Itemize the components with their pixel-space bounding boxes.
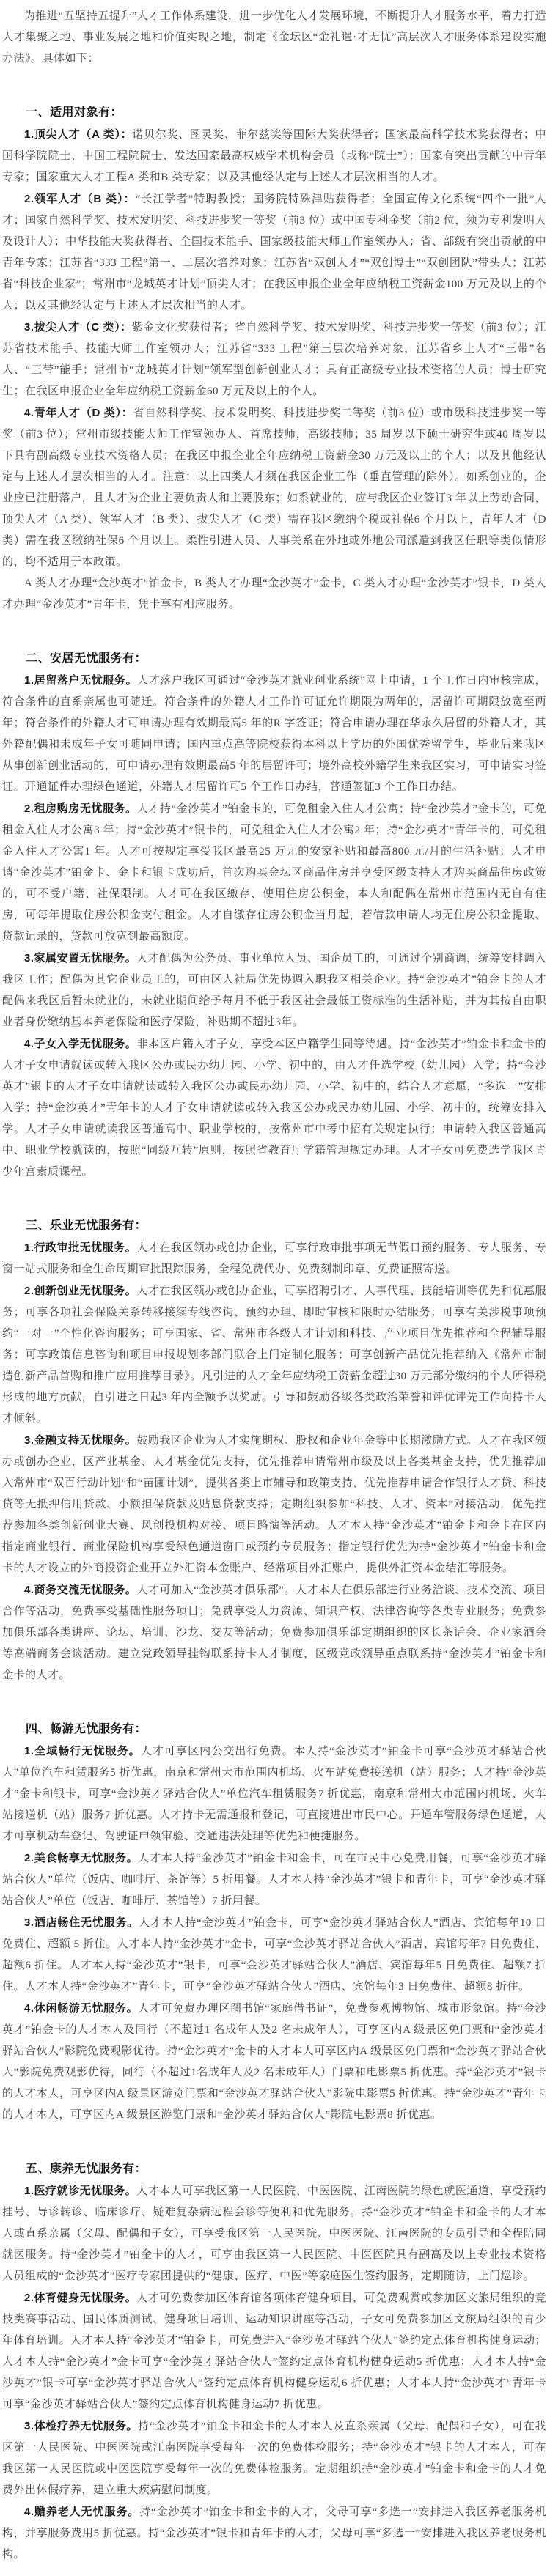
item-label: 2.领军人才（B 类）：: [24, 193, 136, 205]
section-5-heading: 五、康养无忧服务有：: [2, 2158, 546, 2180]
section-4-item-1: 1.全域畅行无忧服务。人才可享区内公交出行免费。本人持“金沙英才”铂金卡可享“金…: [2, 1741, 546, 1848]
item-label: 1.顶尖人才（A 类）：: [24, 128, 132, 141]
item-label: 2.体育健身无忧服务。: [24, 2292, 136, 2304]
section-3-item-4: 4.商务交流无忧服务。人才可加入“金沙英才俱乐部”。人才本人在俱乐部进行业务洽谈…: [2, 1579, 546, 1686]
section-3-heading: 三、乐业无忧服务有：: [2, 1215, 546, 1237]
policy-document: 为推进“五坚持五提升”人才工作体系建设，进一步优化人才发展环境，不断提升人才服务…: [0, 0, 550, 2576]
item-label: 3.拔尖人才（C 类）：: [24, 321, 132, 333]
item-text: 人才可免费办理区图书馆“家庭借书证”，免费参观博物馆、城市形象馆。持“金沙英才”…: [2, 2003, 546, 2121]
item-label: 1.行政审批无忧服务。: [24, 1241, 136, 1254]
item-label: 1.医疗就诊无忧服务。: [24, 2185, 136, 2197]
item-text: 人才可免费参加区体育馆各项体育健身项目，可免费观赏或参加区文旅局组织的竞技类赛事…: [2, 2292, 546, 2410]
section-1-item-3: 3.拔尖人才（C 类）：紫金文化奖获得者；省自然科学奖、技术发明奖、科技进步奖一…: [2, 317, 546, 402]
item-text: 非本区户籍人才子女，享受本区户籍学生同等待遇。持“金沙英才”铂金卡和金卡的人才子…: [2, 1038, 546, 1178]
item-label: 2.美食畅享无忧服务。: [24, 1852, 138, 1864]
section-1-item-4: 4.青年人才（D 类）：省自然科学奖、技术发明奖、科技进步奖二等奖（前3 位）或…: [2, 402, 546, 573]
section-4-item-4: 4.休闲畅游无忧服务。人才可免费办理区图书馆“家庭借书证”，免费参观博物馆、城市…: [2, 1998, 546, 2126]
section-3-item-2: 2.创新创业无忧服务。人才在我区领办或创办企业，可享招聘引才、人事代理、技能培训…: [2, 1280, 546, 1430]
section-4-heading: 四、畅游无忧服务有：: [2, 1719, 546, 1741]
item-text: 人才持“金沙英才”铂金卡的，可免租金入住人才公寓；持“金沙英才”金卡的，可免租金…: [2, 803, 546, 942]
section-5-item-2: 2.体育健身无忧服务。人才可免费参加区体育馆各项体育健身项目，可免费观赏或参加区…: [2, 2287, 546, 2416]
item-text: 人才本人可享我区第一人民医院、中医医院、江南医院的绿色就医通道，享受预约挂号、导…: [2, 2185, 546, 2282]
item-label: 4.休闲畅游无忧服务。: [24, 2002, 138, 2015]
section-4-item-2: 2.美食畅享无忧服务。人才本人持“金沙英才”铂金卡和金卡，可在市民中心免费用餐，…: [2, 1848, 546, 1912]
section-1-footer: A 类人才办理“金沙英才”铂金卡，B 类人才办理“金沙英才”金卡，C 类人才办理…: [2, 573, 546, 616]
section-2-item-1: 1.居留落户无忧服务。人才落户我区可通过“金沙英才就业创业系统”网上申请，1 个…: [2, 670, 546, 798]
section-1-item-2: 2.领军人才（B 类）：“长江学者”特聘教授；国务院特殊津贴获得者；全国宣传文化…: [2, 188, 546, 317]
section-2-item-2: 2.租房购房无忧服务。人才持“金沙英才”铂金卡的，可免租金入住人才公寓；持“金沙…: [2, 798, 546, 948]
item-label: 3.金融支持无忧服务。: [24, 1434, 136, 1447]
section-3-item-3: 3.金融支持无忧服务。鼓励我区企业为人才实施期权、股权和企业年金等中长期激励方式…: [2, 1430, 546, 1579]
section-4-item-3: 3.酒店畅住无忧服务。人才本人持“金沙英才”铂金卡，可享“金沙英才驿站合伙人”酒…: [2, 1912, 546, 1998]
item-label: 4.赡养老人无忧服务。: [24, 2506, 139, 2518]
item-label: 2.创新创业无忧服务。: [24, 1285, 136, 1297]
item-text: “长江学者”特聘教授；国务院特殊津贴获得者；全国宣传文化系统“四个一批”人才；国…: [2, 193, 546, 311]
item-label: 4.子女入学无忧服务。: [24, 1038, 136, 1050]
item-label: 4.商务交流无忧服务。: [24, 1584, 136, 1596]
section-1-heading: 一、适用对象有：: [2, 102, 546, 124]
item-text: 人才可加入“金沙英才俱乐部”。人才本人在俱乐部进行业务洽谈、技术交流、项目合作等…: [2, 1584, 546, 1681]
item-label: 3.酒店畅住无忧服务。: [24, 1916, 139, 1929]
intro-paragraph: 为推进“五坚持五提升”人才工作体系建设，进一步优化人才发展环境，不断提升人才服务…: [2, 6, 546, 70]
item-label: 1.全域畅行无忧服务。: [24, 1745, 141, 1757]
section-5-item-1: 1.医疗就诊无忧服务。人才本人可享我区第一人民医院、中医医院、江南医院的绿色就医…: [2, 2180, 546, 2287]
section-2-item-3: 3.家属安置无忧服务。人才配偶为公务员、事业单位人员、国企员工的，可通过个别商调…: [2, 948, 546, 1033]
section-1-item-1: 1.顶尖人才（A 类）：诺贝尔奖、图灵奖、菲尔兹奖等国际大奖获得者；国家最高科学…: [2, 124, 546, 188]
section-2-heading: 二、安居无忧服务有：: [2, 648, 546, 670]
item-label: 1.居留落户无忧服务。: [24, 674, 137, 687]
section-2-item-4: 4.子女入学无忧服务。非本区户籍人才子女，享受本区户籍学生同等待遇。持“金沙英才…: [2, 1033, 546, 1183]
item-label: 4.青年人才（D 类）：: [24, 407, 133, 419]
item-label: 3.家属安置无忧服务。: [24, 952, 136, 964]
item-text: 人才在我区领办或创办企业，可享招聘引才、人事代理、技能培训等优先和优惠服务；可享…: [2, 1285, 546, 1425]
item-text: 人才落户我区可通过“金沙英才就业创业系统”网上申请，1 个工作日内审核完成，符合…: [2, 675, 546, 793]
item-label: 3.体检疗养无忧服务。: [24, 2420, 138, 2432]
item-label: 2.租房购房无忧服务。: [24, 802, 137, 815]
section-5-item-3: 3.体检疗养无忧服务。持“金沙英才”铂金卡和金卡的人才本人及直系亲属（父母、配偶…: [2, 2416, 546, 2501]
section-3-item-1: 1.行政审批无忧服务。人才在我区领办或创办企业，可享行政审批事项无节假日预约服务…: [2, 1237, 546, 1280]
item-text: 鼓励我区企业为人才实施期权、股权和企业年金等中长期激励方式。人才在我区领办或创办…: [2, 1435, 546, 1574]
item-text: 省自然科学奖、技术发明奖、科技进步奖二等奖（前3 位）或市级科技进步奖一等奖（前…: [2, 407, 546, 568]
item-text: 人才可享区内公交出行免费。本人持“金沙英才”铂金卡可享“金沙英才驿站合伙人”单位…: [2, 1746, 546, 1842]
section-5-item-4: 4.赡养老人无忧服务。持“金沙英才”铂金卡和金卡的人才，父母可享“多选一”安排进…: [2, 2501, 546, 2566]
